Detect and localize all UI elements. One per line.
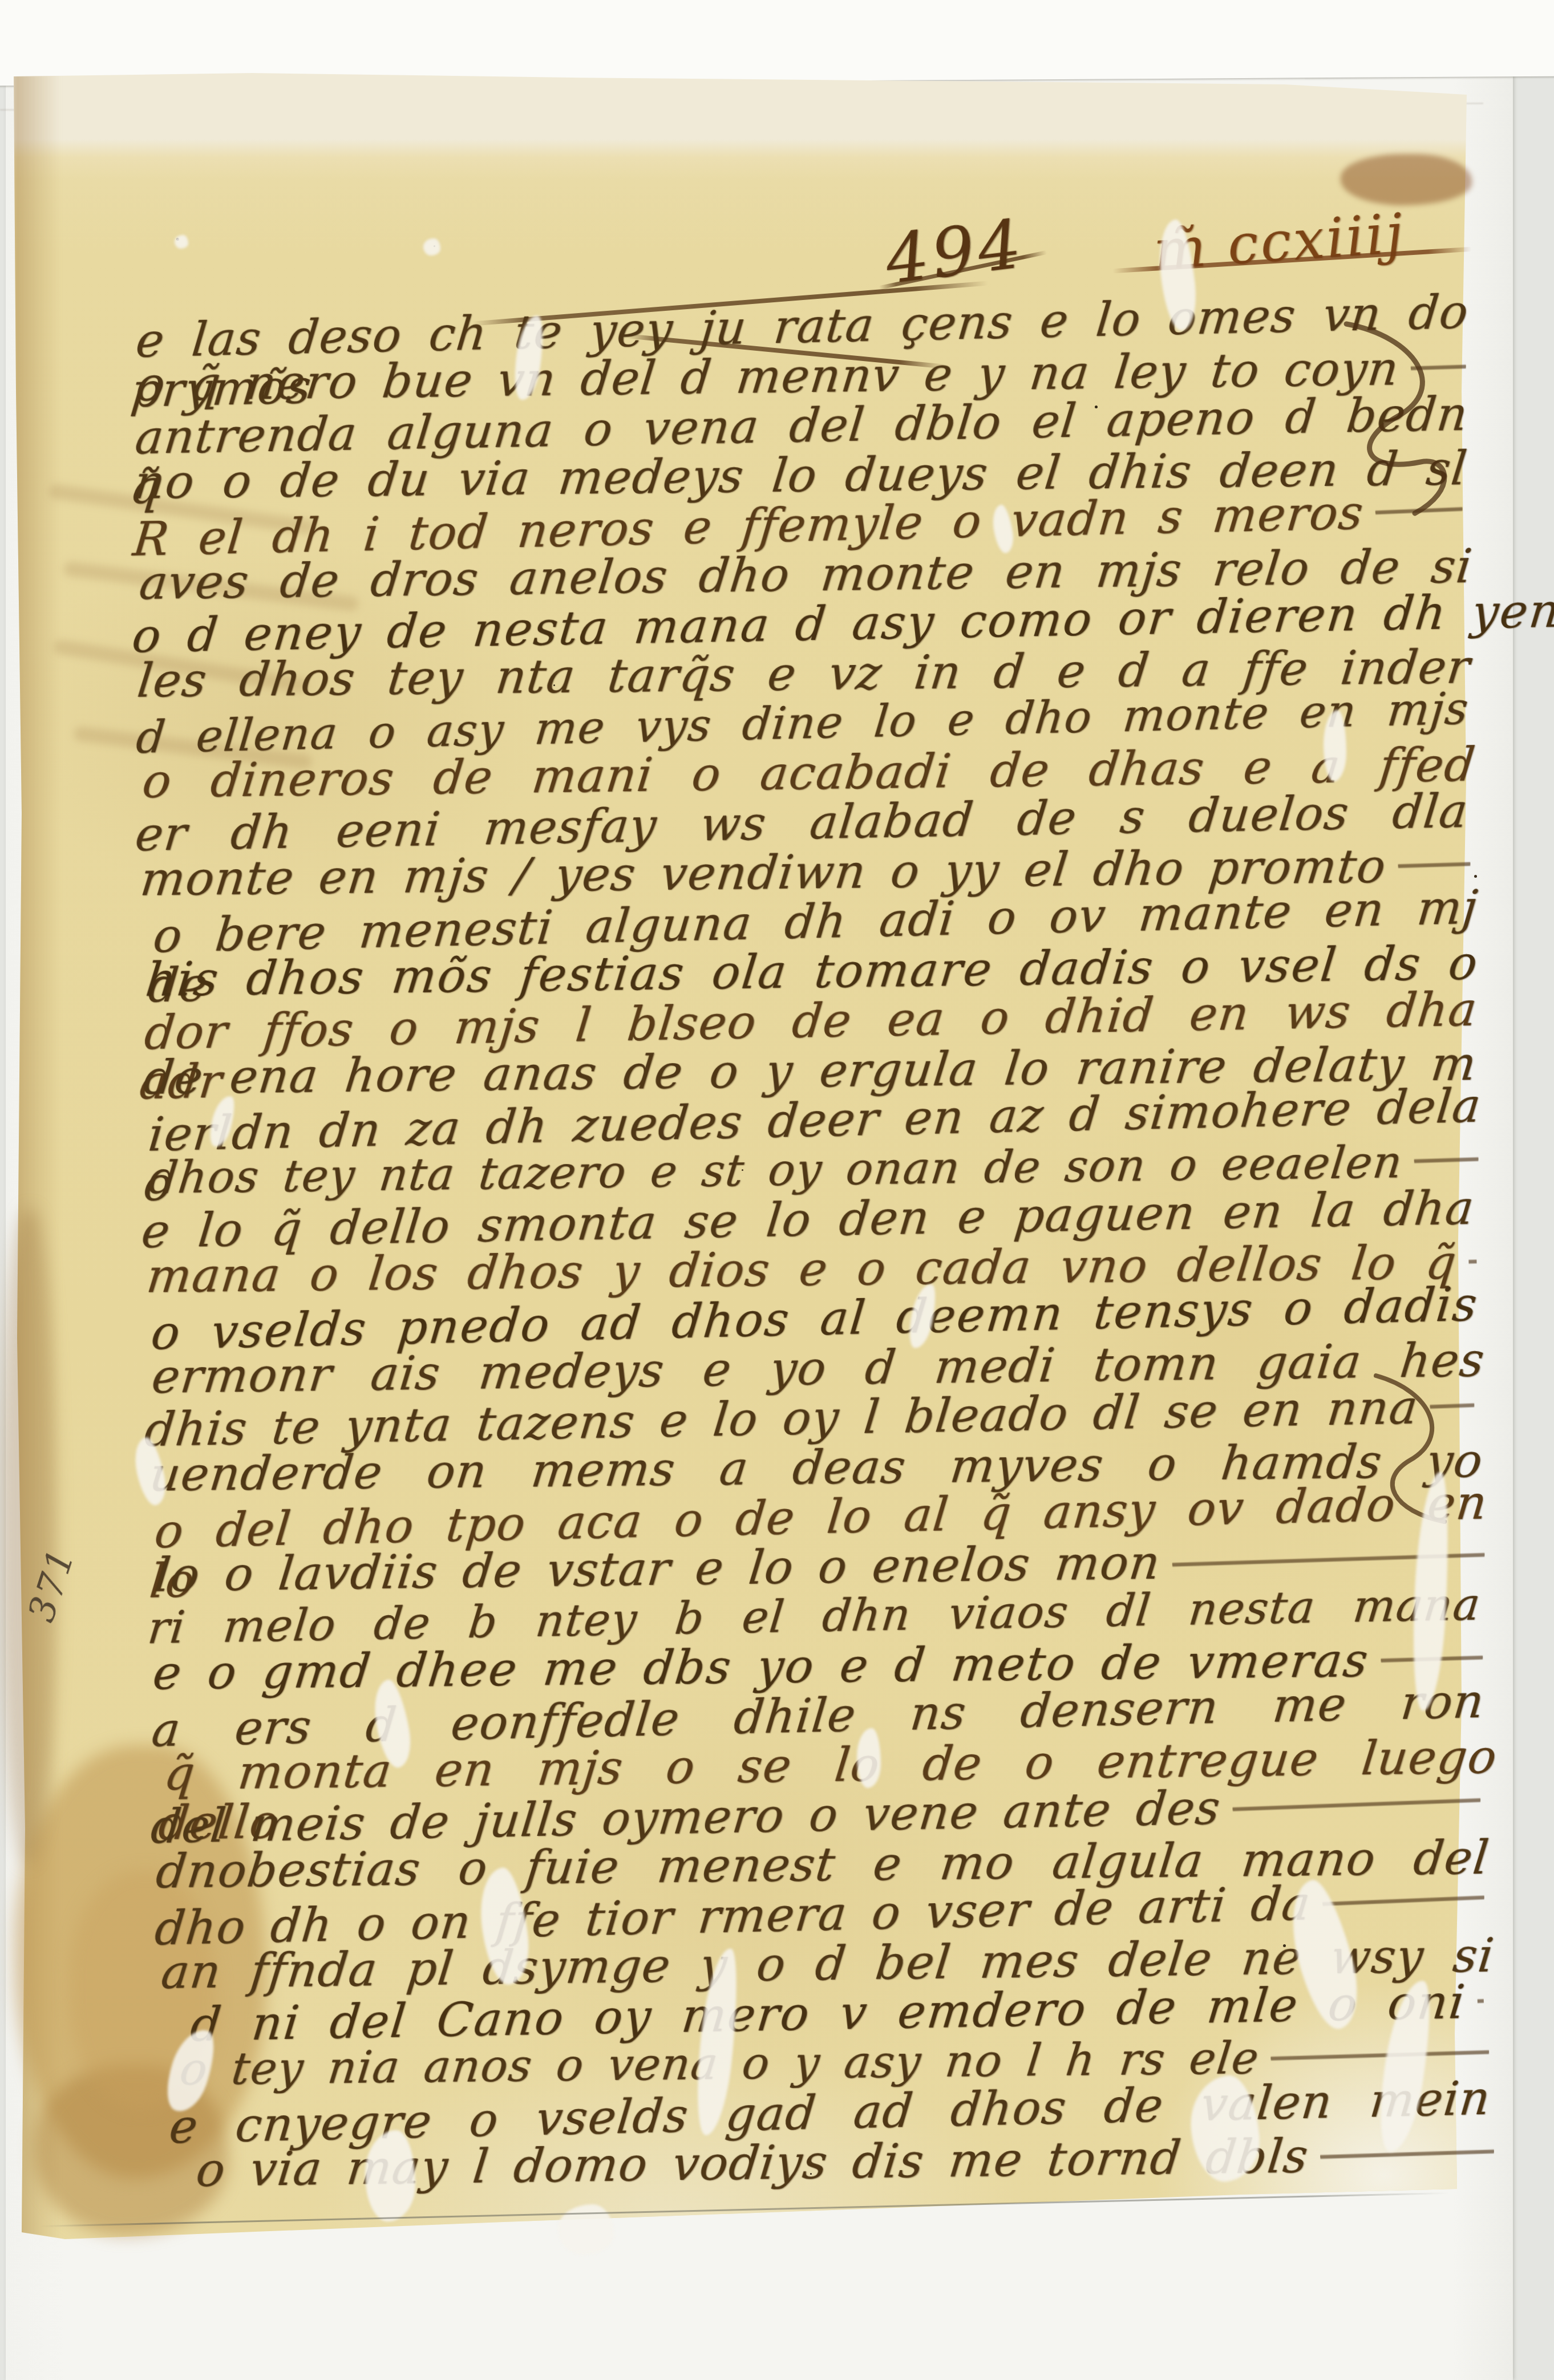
repair-patch: [857, 1728, 881, 1788]
pen-flourish: [1365, 1369, 1462, 1528]
top-sheet-edge: [0, 0, 1554, 86]
line-filler-stroke: [1270, 2034, 1490, 2075]
repair-patch: [175, 235, 188, 249]
manuscript-lines: e las deso ch te yey ju rata çens e lo o…: [124, 291, 1487, 2197]
line-filler-stroke: [1322, 1880, 1485, 1921]
line-filler-stroke: [1468, 1244, 1477, 1278]
repair-patch: [423, 238, 440, 256]
pen-flourish: [1329, 319, 1466, 525]
line-filler-stroke: [1397, 846, 1471, 883]
line-filler-stroke: [1320, 2134, 1495, 2174]
line-filler-stroke: [1414, 1142, 1479, 1178]
line-filler-stroke: [1232, 1782, 1481, 1826]
ink-smear: [1341, 154, 1472, 205]
repair-patch: [1324, 710, 1346, 781]
manuscript-text: e las deso ch te yey ju rata çens e lo o…: [124, 291, 1487, 2197]
water-stain: [0, 1209, 57, 1865]
line-filler-stroke: [1477, 1983, 1484, 2017]
photo-of-manuscript: { "colors":{ "backdrop":"#e4e5e1","sheet…: [0, 0, 1554, 2380]
